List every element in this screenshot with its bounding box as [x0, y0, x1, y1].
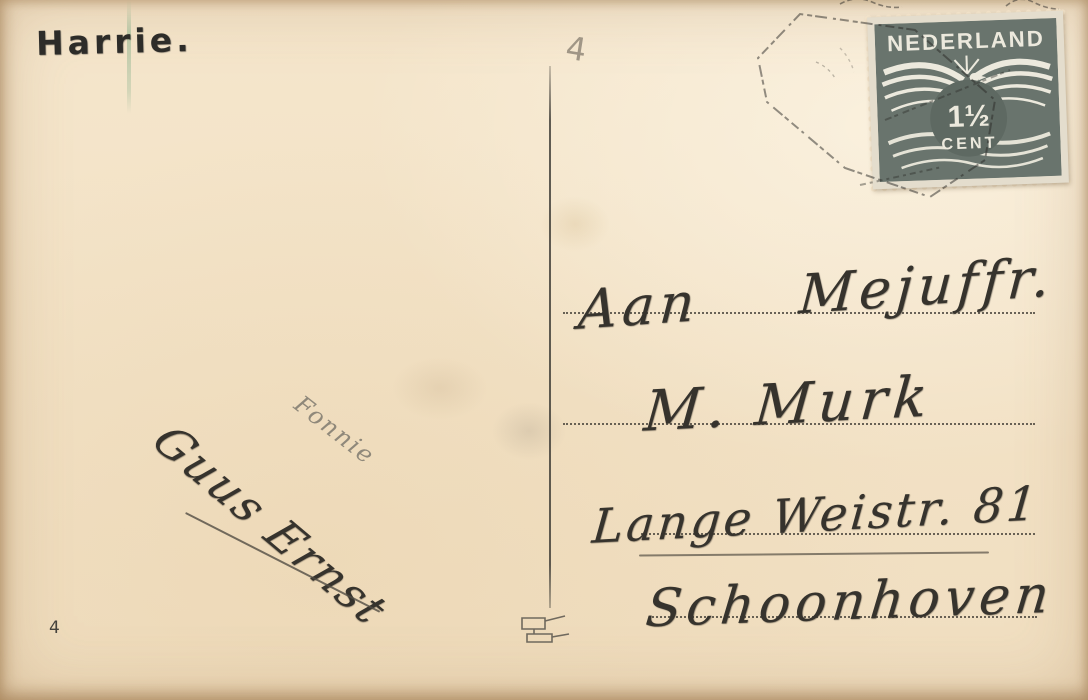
address-line-street: Lange Weistr. 81 [590, 476, 1042, 555]
flying-dove-icon: NEDERLAND [874, 18, 1061, 182]
postage-stamp: NEDERLAND [867, 11, 1069, 190]
printer-monogram-icon [516, 606, 576, 650]
stamp-denomination: 1½ [947, 100, 990, 134]
handwritten-recipient-note: Harrie. [36, 20, 194, 63]
stamp-denomination-unit: CENT [941, 134, 998, 154]
address-line-city: Schoonhoven [643, 565, 1057, 639]
paper-stain [492, 402, 566, 460]
pencil-number: 4 [563, 29, 589, 70]
address-line-name: M. Murk [641, 364, 935, 445]
postcard-scan: Harrie. 4 4 Aan Mejuffr. M. Murk Lange W… [0, 0, 1088, 700]
paper-stain [392, 356, 488, 420]
sender-name-pencil: Fonnie [289, 390, 381, 470]
series-number: 4 [49, 618, 60, 638]
address-line-salutation: Aan Mejuffr. [576, 245, 1056, 342]
pen-underline [639, 551, 989, 556]
address-divider-line [549, 66, 551, 608]
